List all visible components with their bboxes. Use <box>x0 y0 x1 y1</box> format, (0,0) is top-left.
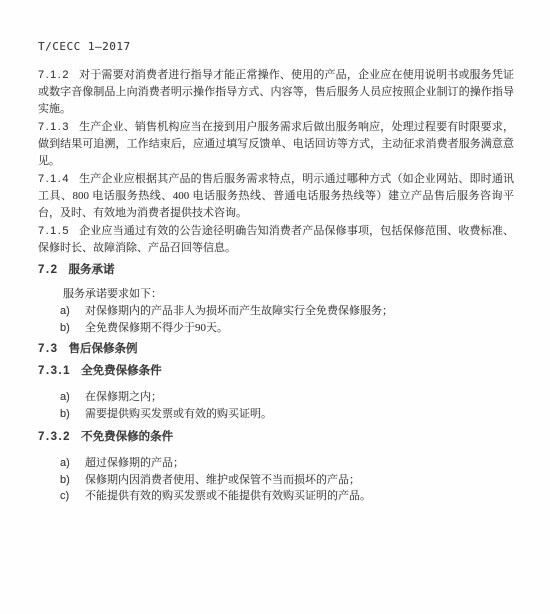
item-label: c) <box>60 488 85 505</box>
clause-text: 生产企业应根据其产品的售后服务需求特点，明示通过哪种方式（如企业网站、即时通讯工… <box>38 173 514 219</box>
list-item: a)在保修期之内； <box>38 389 514 406</box>
item-label: b) <box>60 406 85 423</box>
section-7-2-intro: 服务承诺要求如下： <box>38 286 514 303</box>
item-label: a) <box>60 303 85 320</box>
heading-title: 服务承诺 <box>69 264 115 276</box>
clause-7-1-2: 7.1.2对于需要对消费者进行指导才能正常操作、使用的产品，企业应在使用说明书或… <box>38 67 514 118</box>
section-7-3-1-item-list: a)在保修期之内； b)需要提供购买发票或有效的购买证明。 <box>38 389 514 422</box>
section-7-3-2-item-list: a)超过保修期的产品； b)保修期内因消费者使用、维护或保管不当而损坏的产品； … <box>38 455 514 505</box>
clause-text: 生产企业、销售机构应当在接到用户服务需求后做出服务响应，处理过程要有时限要求，做… <box>38 121 514 167</box>
item-label: b) <box>60 320 85 337</box>
item-text: 全免费保修期不得少于90天。 <box>85 320 514 337</box>
list-item: a)超过保修期的产品； <box>38 455 514 472</box>
clause-7-1-3: 7.1.3生产企业、销售机构应当在接到用户服务需求后做出服务响应，处理过程要有时… <box>38 119 514 170</box>
section-7-2-item-list: a)对保修期内的产品非人为损坏而产生故障实行全免费保修服务； b)全免费保修期不… <box>38 303 514 336</box>
heading-title: 不免费保修的条件 <box>81 431 173 443</box>
clause-text: 企业应当通过有效的公告途径明确告知消费者产品保修事项，包括保修范围、收费标准、保… <box>38 225 514 254</box>
item-text: 在保修期之内； <box>85 389 514 406</box>
clause-7-1-5: 7.1.5企业应当通过有效的公告途径明确告知消费者产品保修事项，包括保修范围、收… <box>38 223 514 257</box>
document-page: T/CECC 1—2017 7.1.2对于需要对消费者进行指导才能正常操作、使用… <box>0 0 550 614</box>
item-text: 对保修期内的产品非人为损坏而产生故障实行全免费保修服务； <box>85 303 514 320</box>
list-item: a)对保修期内的产品非人为损坏而产生故障实行全免费保修服务； <box>38 303 514 320</box>
heading-title: 全免费保修条件 <box>81 365 162 377</box>
heading-number: 7.3.2 <box>38 431 71 443</box>
clause-number: 7.1.2 <box>38 69 70 81</box>
item-label: a) <box>60 455 85 472</box>
clause-number: 7.1.5 <box>38 225 70 237</box>
clause-7-1-4: 7.1.4生产企业应根据其产品的售后服务需求特点，明示通过哪种方式（如企业网站、… <box>38 171 514 222</box>
item-label: a) <box>60 389 85 406</box>
heading-7-2: 7.2服务承诺 <box>38 264 514 277</box>
clause-number: 7.1.4 <box>38 173 70 185</box>
clause-text: 对于需要对消费者进行指导才能正常操作、使用的产品，企业应在使用说明书或服务凭证或… <box>38 69 514 115</box>
heading-title: 售后保修条例 <box>69 343 138 355</box>
item-text: 保修期内因消费者使用、维护或保管不当而损坏的产品； <box>85 472 514 489</box>
clause-number: 7.1.3 <box>38 121 70 133</box>
item-text: 超过保修期的产品； <box>85 455 514 472</box>
item-text: 不能提供有效的购买发票或不能提供有效购买证明的产品。 <box>85 488 514 505</box>
item-text: 需要提供购买发票或有效的购买证明。 <box>85 406 514 423</box>
list-item: c)不能提供有效的购买发票或不能提供有效购买证明的产品。 <box>38 488 514 505</box>
list-item: b)全免费保修期不得少于90天。 <box>38 320 514 337</box>
heading-number: 7.3.1 <box>38 365 71 377</box>
heading-7-3-2: 7.3.2不免费保修的条件 <box>38 431 514 444</box>
item-label: b) <box>60 472 85 489</box>
list-item: b)保修期内因消费者使用、维护或保管不当而损坏的产品； <box>38 472 514 489</box>
heading-number: 7.3 <box>38 343 59 355</box>
list-item: b)需要提供购买发票或有效的购买证明。 <box>38 406 514 423</box>
document-standard-number: T/CECC 1—2017 <box>38 40 514 53</box>
heading-number: 7.2 <box>38 264 59 276</box>
heading-7-3: 7.3售后保修条例 <box>38 343 514 356</box>
heading-7-3-1: 7.3.1全免费保修条件 <box>38 365 514 378</box>
